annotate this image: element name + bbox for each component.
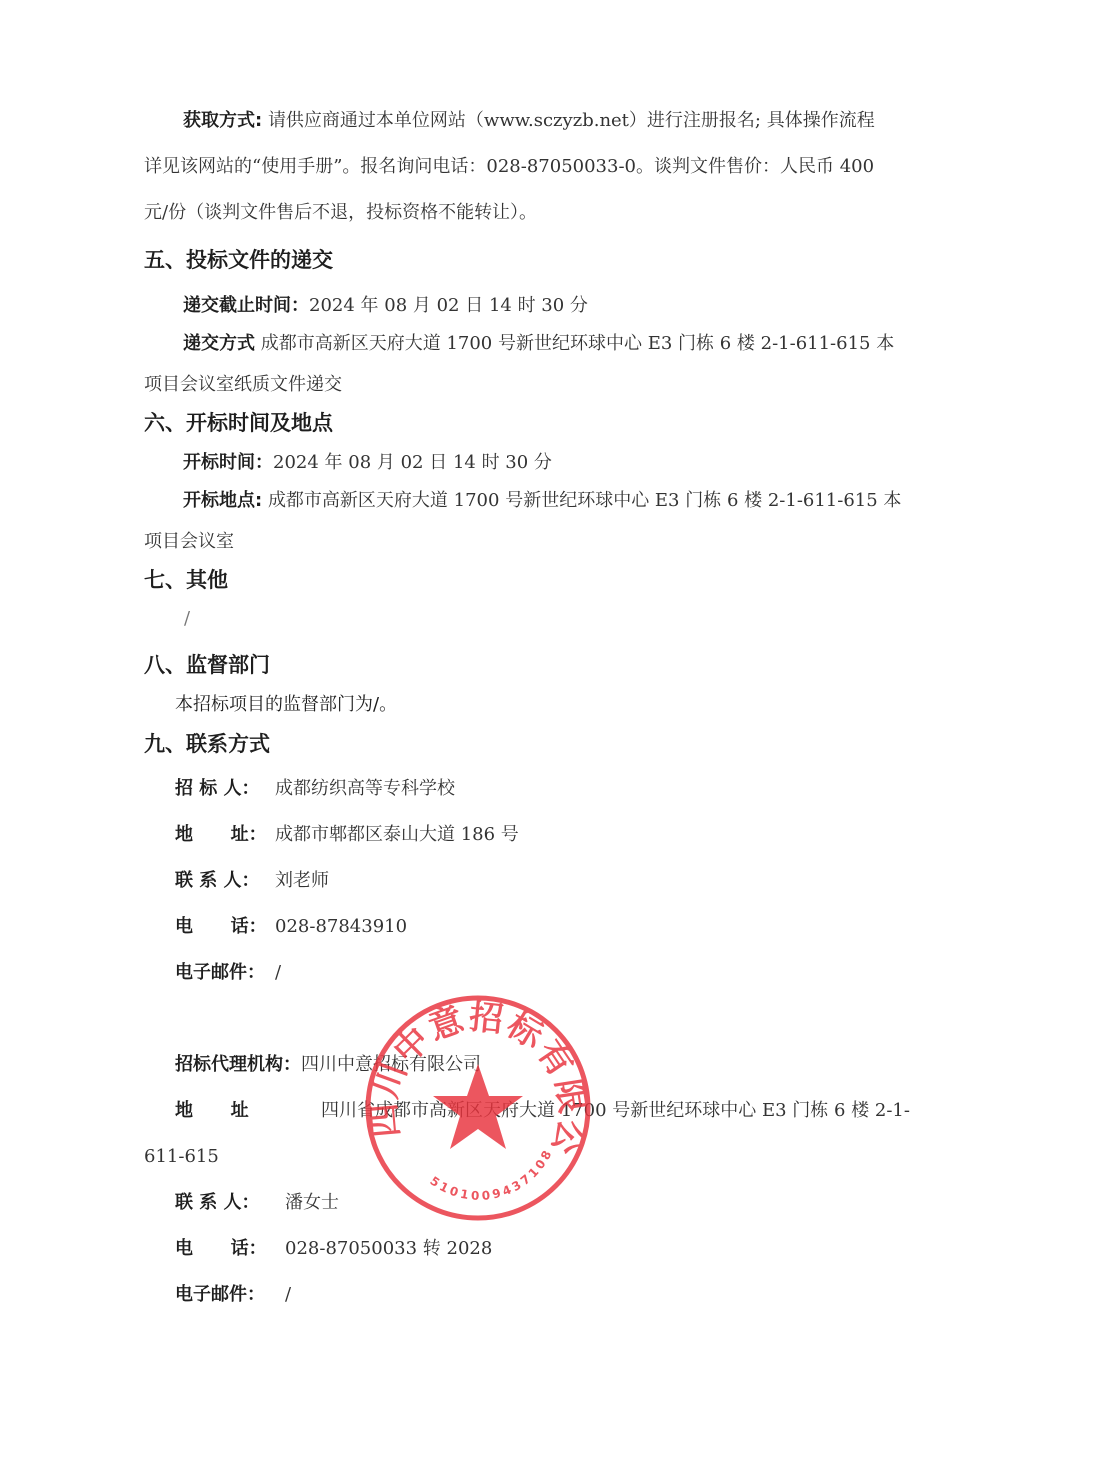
opening-place: 开标地点: 成都市高新区天府大道 1700 号新世纪环球中心 E3 门栋 6 楼… [183, 489, 901, 513]
acquisition-text-1: 请供应商通过本单位网站（www.sczyzb.net）进行注册报名; 具体操作流… [268, 110, 875, 131]
agency-email-value: / [285, 1284, 291, 1305]
section-8-heading: 八、监督部门 [144, 651, 270, 679]
opening-time-value: 2024 年 08 月 02 日 14 时 30 分 [273, 452, 552, 473]
opening-time: 开标时间：2024 年 08 月 02 日 14 时 30 分 [183, 451, 552, 475]
opening-place-label: 开标地点: [183, 489, 262, 513]
tenderer-address-value: 成都市郫都区泰山大道 186 号 [275, 824, 519, 845]
tenderer-name-label: 招 标 人： [175, 777, 275, 801]
agency-contact-value: 潘女士 [285, 1192, 339, 1213]
acquisition-line-1: 获取方式: 请供应商通过本单位网站（www.sczyzb.net）进行注册报名;… [183, 109, 875, 133]
company-seal-stamp-icon: 四川中意招标有限公司 5101009437108 [362, 992, 594, 1224]
acquisition-label: 获取方式: [183, 109, 262, 133]
submission-method-cont: 项目会议室纸质文件递交 [144, 373, 342, 397]
tenderer-contact-label: 联 系 人： [175, 869, 275, 893]
submission-deadline-label: 递交截止时间： [183, 294, 309, 318]
submission-deadline-value: 2024 年 08 月 02 日 14 时 30 分 [309, 295, 588, 316]
opening-place-value: 成都市高新区天府大道 1700 号新世纪环球中心 E3 门栋 6 楼 2-1-6… [268, 490, 902, 511]
svg-text:5101009437108: 5101009437108 [427, 1146, 555, 1203]
document-page: 获取方式: 请供应商通过本单位网站（www.sczyzb.net）进行注册报名;… [0, 0, 1116, 1464]
tenderer-contact-row: 联 系 人：刘老师 [175, 869, 329, 893]
submission-method-value: 成都市高新区天府大道 1700 号新世纪环球中心 E3 门栋 6 楼 2-1-6… [261, 333, 895, 354]
agency-email-row: 电子邮件：/ [175, 1283, 291, 1307]
submission-method: 递交方式 成都市高新区天府大道 1700 号新世纪环球中心 E3 门栋 6 楼 … [183, 332, 894, 356]
tenderer-email-row: 电子邮件：/ [175, 961, 281, 985]
agency-phone-row: 电 话：028-87050033 转 2028 [175, 1237, 492, 1261]
opening-time-label: 开标时间： [183, 451, 273, 475]
tenderer-phone-row: 电 话：028-87843910 [175, 915, 407, 939]
seal-serial: 5101009437108 [427, 1146, 555, 1203]
acquisition-line-2: 详见该网站的“使用手册”。报名询问电话：028-87050033-0。谈判文件售… [144, 155, 874, 179]
agency-email-label: 电子邮件： [175, 1283, 285, 1307]
acquisition-line-3: 元/份（谈判文件售后不退，投标资格不能转让）。 [144, 201, 537, 225]
tenderer-email-label: 电子邮件： [175, 961, 275, 985]
submission-deadline: 递交截止时间：2024 年 08 月 02 日 14 时 30 分 [183, 294, 588, 318]
section-9-heading: 九、联系方式 [144, 730, 270, 758]
tenderer-address-row: 地 址：成都市郫都区泰山大道 186 号 [175, 823, 519, 847]
section-7-heading: 七、其他 [144, 566, 228, 594]
agency-contact-label: 联 系 人： [175, 1191, 285, 1215]
tenderer-phone-value: 028-87843910 [275, 916, 407, 937]
submission-method-label: 递交方式 [183, 332, 255, 356]
agency-address-cont: 611-615 [144, 1145, 219, 1169]
agency-contact-row: 联 系 人：潘女士 [175, 1191, 339, 1215]
agency-phone-label: 电 话： [175, 1237, 285, 1261]
tenderer-contact-value: 刘老师 [275, 870, 329, 891]
section-5-heading: 五、投标文件的递交 [144, 246, 333, 274]
agency-name-label: 招标代理机构： [175, 1053, 301, 1077]
agency-address-label: 地 址 [175, 1099, 321, 1123]
section-7-content: / [184, 607, 190, 631]
opening-place-cont: 项目会议室 [144, 530, 234, 554]
agency-phone-value: 028-87050033 转 2028 [285, 1238, 492, 1259]
section-6-heading: 六、开标时间及地点 [144, 409, 333, 437]
tenderer-name-row: 招 标 人：成都纺织高等专科学校 [175, 777, 455, 801]
tenderer-email-value: / [275, 962, 281, 983]
tenderer-phone-label: 电 话： [175, 915, 275, 939]
section-8-content: 本招标项目的监督部门为/。 [175, 693, 397, 717]
tenderer-name-value: 成都纺织高等专科学校 [275, 778, 455, 799]
tenderer-address-label: 地 址： [175, 823, 275, 847]
